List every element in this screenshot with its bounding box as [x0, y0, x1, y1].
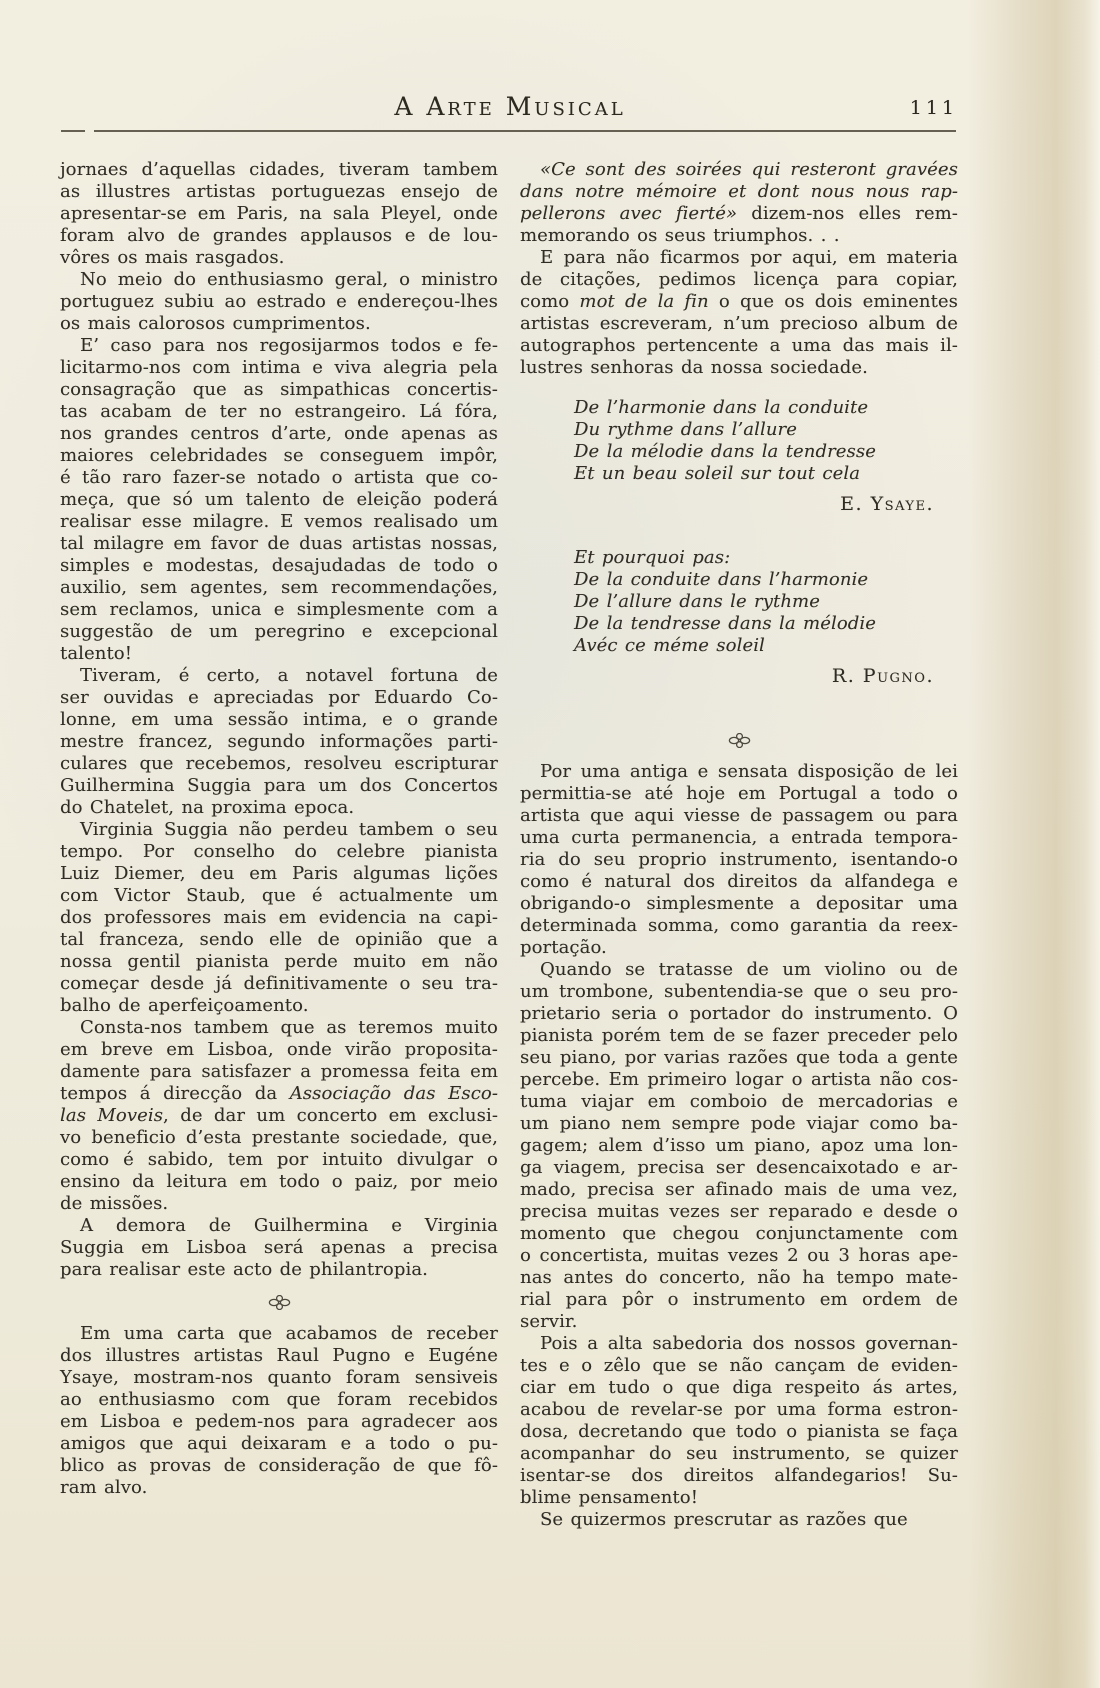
text-line: Virginia Suggia não perdeu tambem o seu — [60, 819, 498, 841]
text-line: os mais calorosos cumprimentos. — [60, 313, 498, 335]
body-text: Avéc ce méme soleil — [574, 635, 765, 656]
verse-stanza: Et pourquoi pas:De la conduite dans l’ha… — [574, 547, 958, 657]
italic-text: las Moveis — [60, 1105, 163, 1126]
body-text: ser ouvidas e apreciadas por Eduardo Co- — [60, 687, 498, 708]
body-text: Suggia em Lisboa será apenas a precisa — [60, 1237, 498, 1258]
body-text: ga viagem, precisa ser desencaixotado e … — [520, 1157, 958, 1178]
text-line: dans notre mémoire et dont nous nous rap… — [520, 181, 958, 203]
text-line: um piano nem sempre pode viajar como ba- — [520, 1113, 958, 1135]
text-line: E’ caso para nos regosijarmos todos e fe… — [60, 335, 498, 357]
text-line: las Moveis, de dar um concerto em exclus… — [60, 1105, 498, 1127]
body-text: No meio do enthusiasmo geral, o ministro — [80, 269, 498, 290]
body-text: De la tendresse dans la mélodie — [574, 613, 876, 634]
body-text: Quando se tratasse de um violino ou de — [540, 959, 958, 980]
running-title: A Arte Musical — [62, 92, 958, 121]
text-line: portação. — [520, 937, 958, 959]
text-line: para realisar este acto de philantropia. — [60, 1259, 498, 1281]
text-line: portuguez subiu ao estrado e endereçou-l… — [60, 291, 498, 313]
body-text: tal franceza, sendo elle de opinião que … — [60, 929, 498, 950]
text-line: como é natural dos direitos da alfandega… — [520, 871, 958, 893]
italic-text: «Ce sont des soirées qui resteront gravé… — [540, 159, 958, 180]
body-text: ao enthusiasmo com que foram recebidos — [60, 1389, 498, 1410]
body-text: damente para satisfazer a promessa feita… — [60, 1061, 498, 1082]
body-text: servir. — [520, 1311, 577, 1332]
text-line: auxilio, sem agentes, sem recommendações… — [60, 577, 498, 599]
body-text: portação. — [520, 937, 607, 958]
body-text: talento! — [60, 643, 132, 664]
text-line: ria do seu proprio instrumento, isentand… — [520, 849, 958, 871]
verse-line: De la mélodie dans la tendresse — [574, 441, 958, 463]
body-text: vo beneficio d’esta prestante sociedade,… — [60, 1127, 498, 1148]
text-line: pellerons avec fierté» dizem-nos elles r… — [520, 203, 958, 225]
body-text: isentar-se dos direitos alfandegarios! S… — [520, 1465, 958, 1486]
text-line: talento! — [60, 643, 498, 665]
body-text: tuma viajar em comboio de mercadorias e — [520, 1091, 958, 1112]
body-text: Virginia Suggia não perdeu tambem o seu — [80, 819, 498, 840]
verse-line: Avéc ce méme soleil — [574, 635, 958, 657]
text-line: A demora de Guilhermina e Virginia — [60, 1215, 498, 1237]
body-text: tas acabam de ter no estrangeiro. Lá fór… — [60, 401, 498, 422]
italic-text: pellerons avec fierté» — [520, 203, 737, 224]
text-line: sem reclamos, unica e simplesmente com a — [60, 599, 498, 621]
body-text: consagração que as simpathicas concertis… — [60, 379, 498, 400]
text-line: Tiveram, é certo, a notavel fortuna de — [60, 665, 498, 687]
text-line: rial para pôr o instrumento em ordem de — [520, 1289, 958, 1311]
body-text: ram alvo. — [60, 1477, 147, 1498]
body-text: tal milagre em favor de duas artistas no… — [60, 533, 498, 554]
body-text: nas antes do concerto, não ha tempo mate… — [520, 1267, 958, 1288]
body-text: Et pourquoi pas: — [574, 547, 730, 568]
body-text: licitarmo-nos com intima e viva alegria … — [60, 357, 498, 378]
paragraph: Consta-nos tambem que as teremos muitoem… — [60, 1017, 498, 1215]
text-line: vo beneficio d’esta prestante sociedade,… — [60, 1127, 498, 1149]
text-line: Pois a alta sabedoria dos nossos governa… — [520, 1333, 958, 1355]
text-line: ser ouvidas e apreciadas por Eduardo Co- — [60, 687, 498, 709]
body-text: prietario seria o portador do instrument… — [520, 1003, 958, 1024]
text-line: percebe. Em primeiro logar o artista não… — [520, 1069, 958, 1091]
body-text: lonne, em uma sessão intima, e o grande — [60, 709, 498, 730]
text-line: Ysaye, mostram-nos quanto foram sensivei… — [60, 1367, 498, 1389]
text-line: mado, precisa ser afinado mais de uma ve… — [520, 1179, 958, 1201]
text-line: como é sabido, tem por intuito divulgar … — [60, 1149, 498, 1171]
body-text: Se quizermos prescrutar as razões que — [540, 1509, 908, 1530]
body-text: autographos pertencente a uma das mais i… — [520, 335, 958, 356]
text-line: servir. — [520, 1311, 958, 1333]
body-text: vôres os mais rasgados. — [60, 247, 284, 268]
text-line: gagem; alem d’isso um piano, apoz uma lo… — [520, 1135, 958, 1157]
text-line: tal milagre em favor de duas artistas no… — [60, 533, 498, 555]
section-divider — [60, 1281, 498, 1323]
text-line: consagração que as simpathicas concertis… — [60, 379, 498, 401]
paragraph: Virginia Suggia não perdeu tambem o seut… — [60, 819, 498, 1017]
body-text: E’ caso para nos regosijarmos todos e fe… — [80, 335, 498, 356]
text-block: jornaes d’aquellas cidades, tiveram tamb… — [60, 159, 958, 1531]
body-text: amigos que aqui deixaram e a todo o pu- — [60, 1433, 498, 1454]
text-line: balho de aperfeiçoamento. — [60, 995, 498, 1017]
text-line: tas acabam de ter no estrangeiro. Lá fór… — [60, 401, 498, 423]
body-text: acompanhar do seu instrumento, se quizer — [520, 1443, 958, 1464]
text-line: lustres senhoras da nossa sociedade. — [520, 357, 958, 379]
paragraph: Quando se tratasse de um violino ou deum… — [520, 959, 958, 1333]
verse-line: Et pourquoi pas: — [574, 547, 958, 569]
body-text: as illustres artistas portuguezas ensejo… — [60, 181, 498, 202]
body-text: maiores celebridades se conseguem impôr, — [60, 445, 498, 466]
body-text: de missões. — [60, 1193, 168, 1214]
text-line: suggestão de um peregrino e excepcional — [60, 621, 498, 643]
text-line: precisa muitas vezes ser reparado e desd… — [520, 1201, 958, 1223]
text-line: meça, que só um talento de eleição poder… — [60, 489, 498, 511]
body-text: apresentar-se em Paris, na sala Pleyel, … — [60, 203, 498, 224]
text-line: em Lisboa e pedem-nos para agradecer aos — [60, 1411, 498, 1433]
text-line: tal franceza, sendo elle de opinião que … — [60, 929, 498, 951]
text-line: acabou de revelar-se por uma forma estro… — [520, 1399, 958, 1421]
body-text: tempo. Por conselho do celebre pianista — [60, 841, 498, 862]
body-text: lustres senhoras da nossa sociedade. — [520, 357, 868, 378]
body-text: Du rythme dans l’allure — [574, 419, 797, 440]
body-text: dos illustres artistas Raul Pugno e Eugé… — [60, 1345, 498, 1366]
body-text: acabou de revelar-se por uma forma estro… — [520, 1399, 958, 1420]
body-text: blico as provas de consideração de que f… — [60, 1455, 498, 1476]
text-line: de missões. — [60, 1193, 498, 1215]
text-line: artistas escreveram, n’um precioso album… — [520, 313, 958, 335]
body-text: de citações, pedimos licença para copiar… — [520, 269, 958, 290]
section-divider — [520, 719, 958, 761]
body-text: auxilio, sem agentes, sem recommendações… — [60, 577, 498, 598]
body-text: mestre francez, segundo informações part… — [60, 731, 498, 752]
text-line: com Victor Staub, que é actualmente um — [60, 885, 498, 907]
body-text: começar desde já definitivamente o seu t… — [60, 973, 498, 994]
signature: E. Ysaye. — [520, 493, 934, 515]
body-text: seu piano, por varias razões que toda a … — [520, 1047, 958, 1068]
text-line: realisar esse milagre. E vemos realisado… — [60, 511, 498, 533]
body-text: nossa gentil pianista perde muito em não — [60, 951, 498, 972]
body-text: gagem; alem d’isso um piano, apoz uma lo… — [520, 1135, 958, 1156]
body-text: dizem-nos elles rem- — [737, 203, 958, 224]
paragraph: E para não ficarmos por aqui, em materia… — [520, 247, 958, 379]
body-text: como — [520, 291, 579, 312]
text-line: blime pensamento! — [520, 1487, 958, 1509]
text-line: Luiz Diemer, deu em Paris algumas lições — [60, 863, 498, 885]
text-line: Por uma antiga e sensata disposição de l… — [520, 761, 958, 783]
text-line: maiores celebridades se conseguem impôr, — [60, 445, 498, 467]
text-line: memorando os seus triumphos. . . — [520, 225, 958, 247]
body-text: os mais calorosos cumprimentos. — [60, 313, 371, 334]
text-line: é tão raro fazer-se notado o artista que… — [60, 467, 498, 489]
text-line: permittia-se até hoje em Portugal a todo… — [520, 783, 958, 805]
paragraph: Pois a alta sabedoria dos nossos governa… — [520, 1333, 958, 1509]
body-text: De la mélodie dans la tendresse — [574, 441, 876, 462]
text-line: ensino da leitura em todo o paiz, por me… — [60, 1171, 498, 1193]
body-text: nos grandes centros d’arte, onde apenas … — [60, 423, 498, 444]
text-line: blico as provas de consideração de que f… — [60, 1455, 498, 1477]
text-line: apresentar-se em Paris, na sala Pleyel, … — [60, 203, 498, 225]
paragraph: Se quizermos prescrutar as razões que — [520, 1509, 958, 1531]
text-line: tuma viajar em comboio de mercadorias e — [520, 1091, 958, 1113]
text-line: prietario seria o portador do instrument… — [520, 1003, 958, 1025]
text-line: uma curta permanencia, a entrada tempora… — [520, 827, 958, 849]
text-line: do Chatelet, na proxima epoca. — [60, 797, 498, 819]
body-text: realisar esse milagre. E vemos realisado… — [60, 511, 498, 532]
paragraph: Por uma antiga e sensata disposição de l… — [520, 761, 958, 959]
text-line: dosa, decretando que todo o pianista se … — [520, 1421, 958, 1443]
body-text: , de dar um concerto em exclusi- — [163, 1105, 498, 1126]
body-text: um piano nem sempre pode viajar como ba- — [520, 1113, 958, 1134]
paragraph: E’ caso para nos regosijarmos todos e fe… — [60, 335, 498, 665]
text-line: acompanhar do seu instrumento, se quizer — [520, 1443, 958, 1465]
body-text: Em uma carta que acabamos de receber — [80, 1323, 498, 1344]
paragraph: No meio do enthusiasmo geral, o ministro… — [60, 269, 498, 335]
body-text: em Lisboa e pedem-nos para agradecer aos — [60, 1411, 498, 1432]
body-text: blime pensamento! — [520, 1487, 698, 1508]
text-line: «Ce sont des soirées qui resteront gravé… — [520, 159, 958, 181]
text-line: dos illustres artistas Raul Pugno e Eugé… — [60, 1345, 498, 1367]
body-text: tes e o zêlo que se não cançam de eviden… — [520, 1355, 958, 1376]
text-line: Guilhermina Suggia para um dos Concertos — [60, 775, 498, 797]
body-text: portuguez subiu ao estrado e endereçou-l… — [60, 291, 498, 312]
italic-text: Associação das Esco- — [290, 1083, 498, 1104]
column-left: jornaes d’aquellas cidades, tiveram tamb… — [60, 159, 498, 1531]
text-line: obrigando-o simplesmente a depositar uma — [520, 893, 958, 915]
body-text: ensino da leitura em todo o paiz, por me… — [60, 1171, 498, 1192]
body-text: como é natural dos direitos da alfandega… — [520, 871, 958, 892]
italic-text: mot de la fin — [579, 291, 708, 312]
body-text: para realisar este acto de philantropia. — [60, 1259, 428, 1280]
paragraph: jornaes d’aquellas cidades, tiveram tamb… — [60, 159, 498, 269]
body-text: Por uma antiga e sensata disposição de l… — [540, 761, 958, 782]
verse-line: De la tendresse dans la mélodie — [574, 613, 958, 635]
text-line: Suggia em Lisboa será apenas a precisa — [60, 1237, 498, 1259]
body-text: suggestão de um peregrino e excepcional — [60, 621, 498, 642]
body-text: Consta-nos tambem que as teremos muito — [80, 1017, 498, 1038]
text-line: artista que aqui viesse de passagem ou p… — [520, 805, 958, 827]
verse-line: De l’harmonie dans la conduite — [574, 397, 958, 419]
text-line: E para não ficarmos por aqui, em materia — [520, 247, 958, 269]
body-text: percebe. Em primeiro logar o artista não… — [520, 1069, 958, 1090]
text-line: o concertista, muitas vezes 2 ou 3 horas… — [520, 1245, 958, 1267]
text-line: determinada somma, como garantia da reex… — [520, 915, 958, 937]
body-text: culares que recebemos, resolveu escriptu… — [60, 753, 498, 774]
body-text: De l’harmonie dans la conduite — [574, 397, 868, 418]
body-text: artista que aqui viesse de passagem ou p… — [520, 805, 958, 826]
verse-line: De l’allure dans le rythme — [574, 591, 958, 613]
body-text: Guilhermina Suggia para um dos Concertos — [60, 775, 498, 796]
column-right: «Ce sont des soirées qui resteront gravé… — [520, 159, 958, 1531]
body-text: em breve em Lisboa, onde virão proposita… — [60, 1039, 498, 1060]
text-line: seu piano, por varias razões que toda a … — [520, 1047, 958, 1069]
body-text: momento que chegou conjunctamente com — [520, 1223, 958, 1244]
text-line: Em uma carta que acabamos de receber — [60, 1323, 498, 1345]
paragraph: A demora de Guilhermina e VirginiaSuggia… — [60, 1215, 498, 1281]
text-line: Quando se tratasse de um violino ou de — [520, 959, 958, 981]
text-line: pianista porém tem de se fazer preceder … — [520, 1025, 958, 1047]
body-text: E para não ficarmos por aqui, em materia — [540, 247, 958, 268]
text-line: de citações, pedimos licença para copiar… — [520, 269, 958, 291]
text-line: ga viagem, precisa ser desencaixotado e … — [520, 1157, 958, 1179]
signature: R. Pugno. — [520, 665, 934, 687]
text-line: nas antes do concerto, não ha tempo mate… — [520, 1267, 958, 1289]
text-line: tempos á direcção da Associação das Esco… — [60, 1083, 498, 1105]
text-line: ao enthusiasmo com que foram recebidos — [60, 1389, 498, 1411]
text-line: No meio do enthusiasmo geral, o ministro — [60, 269, 498, 291]
body-text: jornaes d’aquellas cidades, tiveram tamb… — [60, 159, 498, 180]
body-text: Tiveram, é certo, a notavel fortuna de — [80, 665, 498, 686]
body-text: ria do seu proprio instrumento, isentand… — [520, 849, 958, 870]
body-text: uma curta permanencia, a entrada tempora… — [520, 827, 958, 848]
body-text: pianista porém tem de se fazer preceder … — [520, 1025, 958, 1046]
text-line: tes e o zêlo que se não cançam de eviden… — [520, 1355, 958, 1377]
header-rule — [61, 130, 956, 132]
page-number: 111 — [890, 97, 958, 119]
body-text: obrigando-o simplesmente a depositar uma — [520, 893, 958, 914]
body-text: meça, que só um talento de eleição poder… — [60, 489, 498, 510]
body-text: balho de aperfeiçoamento. — [60, 995, 309, 1016]
verse-line: De la conduite dans l’harmonie — [574, 569, 958, 591]
body-text: De l’allure dans le rythme — [574, 591, 820, 612]
text-line: nossa gentil pianista perde muito em não — [60, 951, 498, 973]
text-line: Se quizermos prescrutar as razões que — [520, 1509, 958, 1531]
text-line: momento que chegou conjunctamente com — [520, 1223, 958, 1245]
text-line: vôres os mais rasgados. — [60, 247, 498, 269]
text-line: em breve em Lisboa, onde virão proposita… — [60, 1039, 498, 1061]
body-text: foram alvo de grandes applausos e de lou… — [60, 225, 498, 246]
text-line: como mot de la fin o que os dois eminent… — [520, 291, 958, 313]
body-text: De la conduite dans l’harmonie — [574, 569, 868, 590]
paragraph: «Ce sont des soirées qui resteront gravé… — [520, 159, 958, 247]
body-text: tempos á direcção da — [60, 1083, 290, 1104]
text-line: as illustres artistas portuguezas ensejo… — [60, 181, 498, 203]
magazine-page: A Arte Musical 111 jornaes d’aquellas ci… — [0, 0, 1100, 1688]
text-line: tempo. Por conselho do celebre pianista — [60, 841, 498, 863]
text-line: foram alvo de grandes applausos e de lou… — [60, 225, 498, 247]
paragraph: Tiveram, é certo, a notavel fortuna dese… — [60, 665, 498, 819]
body-text: ciar em tudo o que diga respeito ás arte… — [520, 1377, 958, 1398]
body-text: Et un beau soleil sur tout cela — [574, 463, 860, 484]
text-line: ciar em tudo o que diga respeito ás arte… — [520, 1377, 958, 1399]
body-text: Pois a alta sabedoria dos nossos governa… — [540, 1333, 958, 1354]
text-line: dos professores mais em evidencia na cap… — [60, 907, 498, 929]
body-text: A demora de Guilhermina e Virginia — [80, 1215, 498, 1236]
text-line: licitarmo-nos com intima e viva alegria … — [60, 357, 498, 379]
body-text: simples e modestas, desajudadas de todo … — [60, 555, 498, 576]
body-text: Luiz Diemer, deu em Paris algumas lições — [60, 863, 498, 884]
text-line: culares que recebemos, resolveu escriptu… — [60, 753, 498, 775]
body-text: o concertista, muitas vezes 2 ou 3 horas… — [520, 1245, 958, 1266]
text-line: damente para satisfazer a promessa feita… — [60, 1061, 498, 1083]
text-line: começar desde já definitivamente o seu t… — [60, 973, 498, 995]
verse-line: Du rythme dans l’allure — [574, 419, 958, 441]
body-text: dos professores mais em evidencia na cap… — [60, 907, 498, 928]
body-text: memorando os seus triumphos. . . — [520, 225, 840, 246]
text-line: nos grandes centros d’arte, onde apenas … — [60, 423, 498, 445]
body-text: o que os dois eminentes — [709, 291, 958, 312]
fleuron-icon — [728, 733, 751, 748]
paragraph: Em uma carta que acabamos de receberdos … — [60, 1323, 498, 1499]
body-text: permittia-se até hoje em Portugal a todo… — [520, 783, 958, 804]
text-line: amigos que aqui deixaram e a todo o pu- — [60, 1433, 498, 1455]
body-text: determinada somma, como garantia da reex… — [520, 915, 958, 936]
italic-text: dans notre mémoire et dont nous nous rap… — [520, 181, 958, 202]
body-text: dosa, decretando que todo o pianista se … — [520, 1421, 958, 1442]
body-text: rial para pôr o instrumento em ordem de — [520, 1289, 958, 1310]
body-text: mado, precisa ser afinado mais de uma ve… — [520, 1179, 958, 1200]
text-line: isentar-se dos direitos alfandegarios! S… — [520, 1465, 958, 1487]
verse-line: Et un beau soleil sur tout cela — [574, 463, 958, 485]
body-text: do Chatelet, na proxima epoca. — [60, 797, 354, 818]
text-line: jornaes d’aquellas cidades, tiveram tamb… — [60, 159, 498, 181]
verse-stanza: De l’harmonie dans la conduiteDu rythme … — [574, 397, 958, 485]
body-text: artistas escreveram, n’um precioso album… — [520, 313, 958, 334]
body-text: um trombone, subentendia-se que o seu pr… — [520, 981, 958, 1002]
text-line: lonne, em uma sessão intima, e o grande — [60, 709, 498, 731]
body-text: Ysaye, mostram-nos quanto foram sensivei… — [60, 1367, 498, 1388]
fleuron-icon — [268, 1295, 291, 1310]
body-text: como é sabido, tem por intuito divulgar … — [60, 1149, 498, 1170]
text-line: simples e modestas, desajudadas de todo … — [60, 555, 498, 577]
body-text: sem reclamos, unica e simplesmente com a — [60, 599, 498, 620]
text-line: mestre francez, segundo informações part… — [60, 731, 498, 753]
body-text: é tão raro fazer-se notado o artista que… — [60, 467, 498, 488]
text-line: autographos pertencente a uma das mais i… — [520, 335, 958, 357]
text-line: um trombone, subentendia-se que o seu pr… — [520, 981, 958, 1003]
text-line: Consta-nos tambem que as teremos muito — [60, 1017, 498, 1039]
body-text: com Victor Staub, que é actualmente um — [60, 885, 498, 906]
text-line: ram alvo. — [60, 1477, 498, 1499]
body-text: precisa muitas vezes ser reparado e desd… — [520, 1201, 958, 1222]
